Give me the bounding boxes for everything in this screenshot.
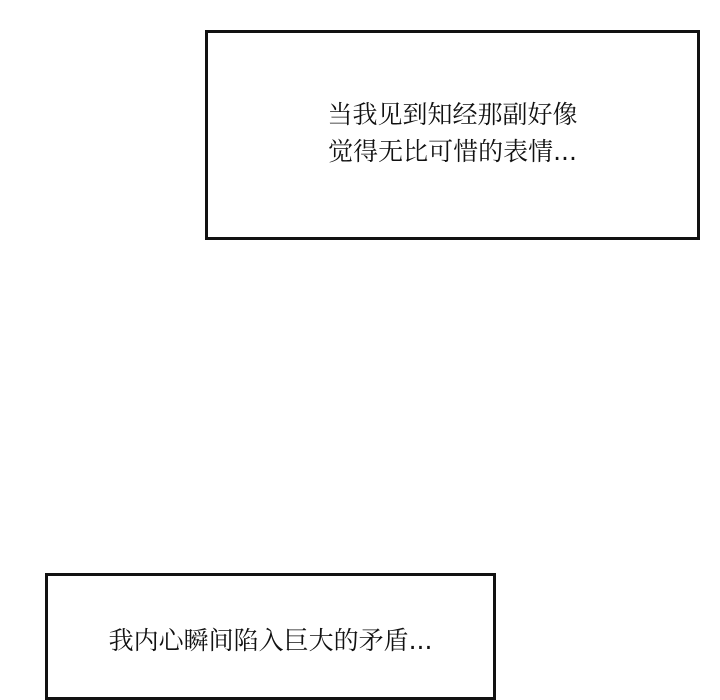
caption-box-bottom: 我内心瞬间陷入巨大的矛盾... <box>45 573 496 700</box>
caption-text-bottom: 我内心瞬间陷入巨大的矛盾... <box>109 622 433 659</box>
caption-text-top: 当我见到知经那副好像 觉得无比可惜的表情... <box>327 96 577 170</box>
caption-box-top: 当我见到知经那副好像 觉得无比可惜的表情... <box>205 30 700 240</box>
